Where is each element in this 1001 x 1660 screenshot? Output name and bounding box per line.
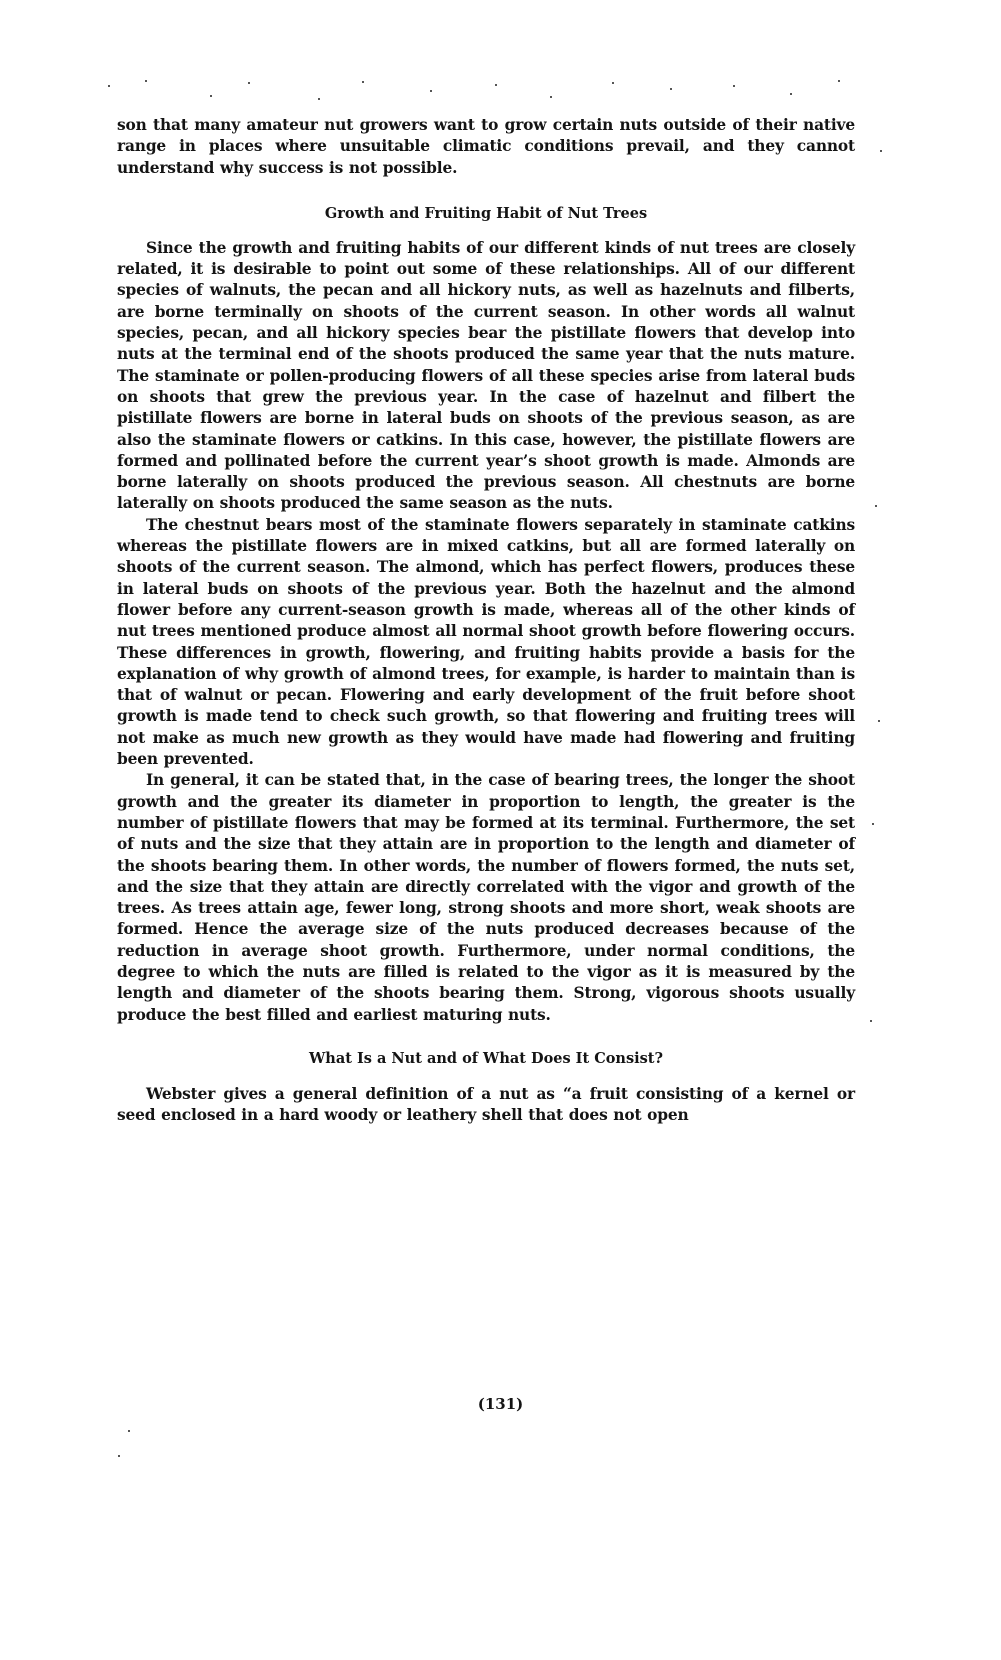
section-heading: Growth and Fruiting Habit of Nut Trees bbox=[117, 204, 855, 224]
body-paragraph: The chestnut bears most of the staminate… bbox=[117, 515, 855, 771]
body-paragraph: In general, it can be stated that, in th… bbox=[117, 770, 855, 1026]
section-growth-fruiting: Growth and Fruiting Habit of Nut Trees S… bbox=[117, 204, 855, 1026]
continuation-paragraph: son that many amateur nut growers want t… bbox=[117, 115, 855, 179]
body-paragraph: Webster gives a general definition of a … bbox=[117, 1084, 855, 1127]
page-body: son that many amateur nut growers want t… bbox=[117, 115, 855, 1126]
body-paragraph: Since the growth and fruiting habits of … bbox=[117, 238, 855, 515]
section-what-is-nut: What Is a Nut and of What Does It Consis… bbox=[117, 1049, 855, 1127]
page-number: (131) bbox=[0, 1395, 1001, 1413]
section-heading: What Is a Nut and of What Does It Consis… bbox=[117, 1049, 855, 1069]
